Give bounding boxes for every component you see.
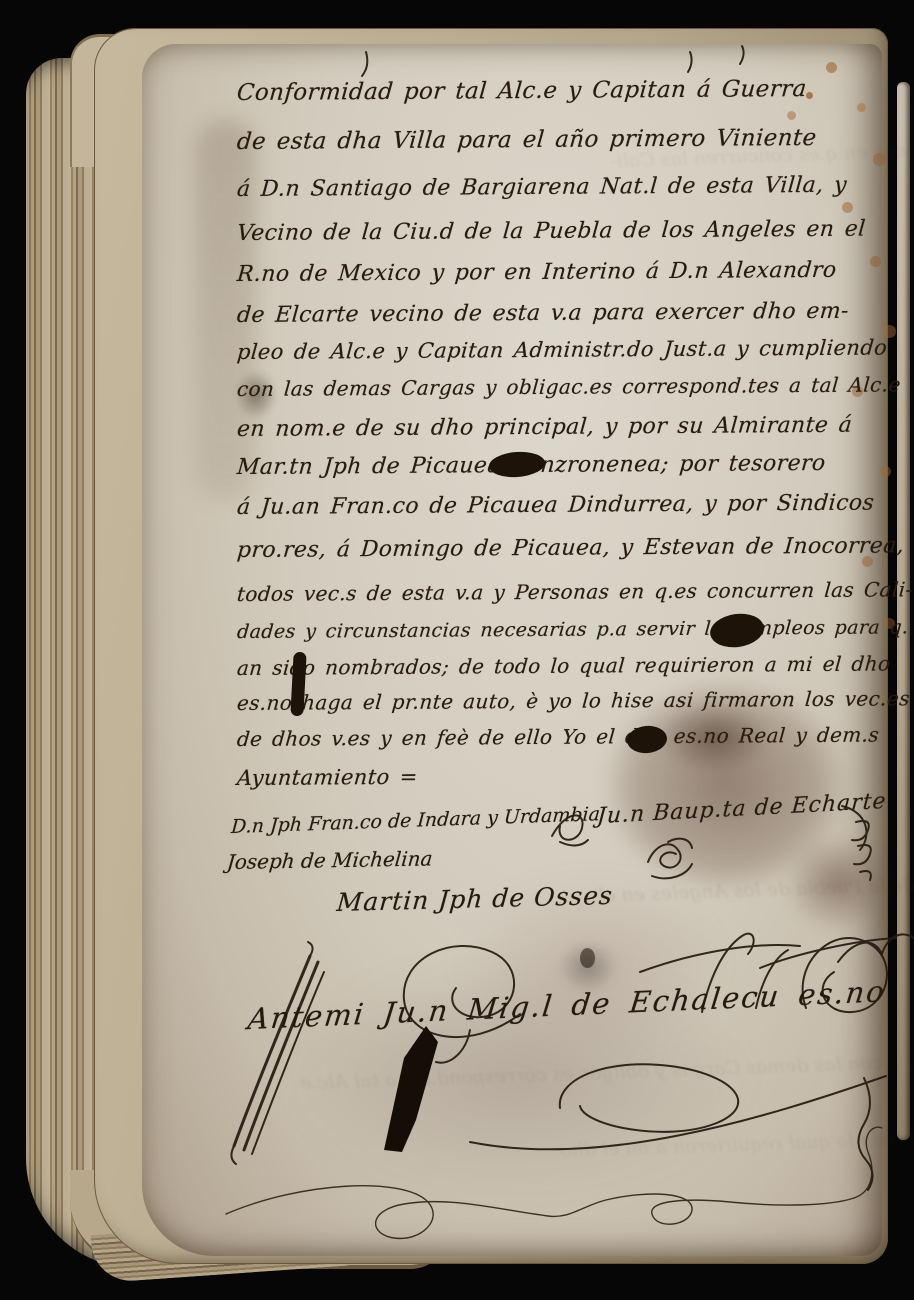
manuscript-line: de esta dha Villa para el año primero Vi…: [236, 124, 898, 155]
manuscript-line: de Elcarte vecino de esta v.a para exerc…: [236, 298, 898, 328]
manuscript-line: pro.res, á Domingo de Picauea, y Estevan…: [236, 533, 898, 563]
manuscript-line: an sido nombrados; de todo lo qual requi…: [236, 651, 898, 680]
manuscript-line: de dhos v.es y en feè de ello Yo el dho …: [236, 722, 898, 751]
manuscript-line: es.no haga el pr.nte auto, è yo lo hise …: [236, 686, 898, 715]
manuscript-line: Ayuntamiento =: [236, 761, 898, 790]
manuscript-line: Vecino de la Ciu.d de la Puebla de los A…: [236, 216, 898, 246]
manuscript-line: Conformidad por tal Alc.e y Capitan á Gu…: [236, 75, 898, 106]
manuscript-photo: Vecino de la Ciu.d de la Puebla de los A…: [0, 0, 914, 1300]
manuscript-line: Mar.tn Jph de Picauea Zanzronenea; por t…: [236, 450, 898, 480]
manuscript-line: pleo de Alc.e y Capitan Administr.do Jus…: [236, 335, 898, 364]
signature-michelena: Joseph de Michelina: [226, 846, 434, 874]
manuscript-line: en nom.e de su dho principal, y por su A…: [236, 412, 898, 442]
manuscript-line: con las demas Cargas y obligac.es corres…: [236, 372, 898, 401]
manuscript-line: todos vec.s de esta v.a y Personas en q.…: [236, 577, 898, 606]
opposite-page-sliver: [897, 82, 910, 1140]
manuscript-line: dades y circunstancias necesarias p.a se…: [236, 616, 898, 643]
manuscript-line: R.no de Mexico y por en Interino á D.n A…: [236, 257, 898, 287]
manuscript-line: á Ju.an Fran.co de Picauea Dindurrea, y …: [236, 490, 898, 520]
manuscript-line: á D.n Santiago de Bargiarena Nat.l de es…: [236, 172, 898, 202]
